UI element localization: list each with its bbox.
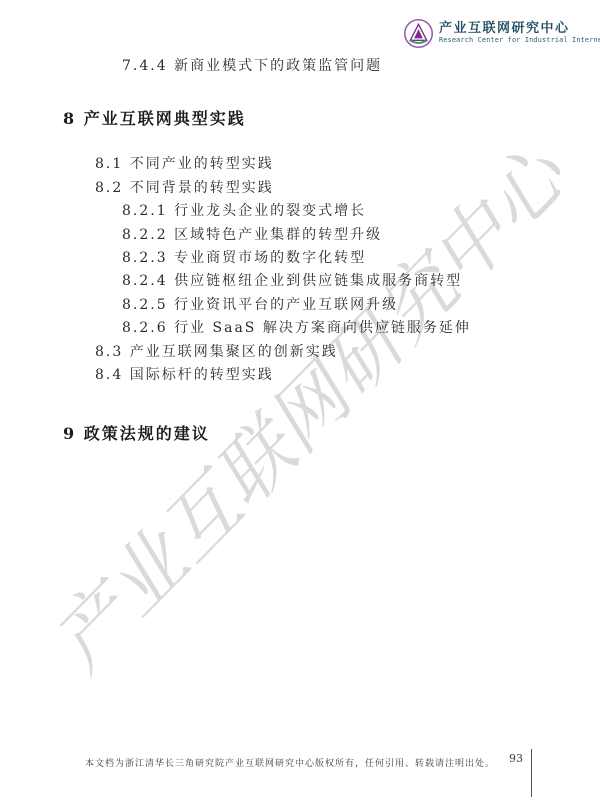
document-page: 产业互联网研究中心 产业互联网研究中心 Research Center for … — [0, 0, 600, 808]
toc-entry: 8.2.5 行业资讯平台的产业互联网升级 — [122, 296, 600, 319]
toc-entry: 8.4 国际标杆的转型实践 — [95, 366, 600, 389]
toc-entry: 8.2.6 行业 SaaS 解决方案商向供应链服务延伸 — [122, 319, 600, 342]
org-name-en: Research Center for Industrial Internet — [439, 36, 600, 45]
toc-entry: 8.1 不同产业的转型实践 — [95, 155, 600, 178]
header-logo: 产业互联网研究中心 Research Center for Industrial… — [403, 18, 600, 49]
triangle-A-logo-icon — [403, 18, 434, 49]
toc-entry: 8.2.3 专业商贸市场的数字化转型 — [122, 249, 600, 272]
footer-copyright: 本文档为浙江清华长三角研究院产业互联网研究中心版权所有，任何引用、转载请注明出处… — [0, 756, 580, 769]
section-heading: 8 产业互联网典型实践 — [63, 106, 600, 129]
page-number: 93 — [509, 752, 523, 765]
toc-entry: 8.2 不同背景的转型实践 — [95, 179, 600, 202]
toc-entry: 8.2.2 区域特色产业集群的转型升级 — [122, 226, 600, 249]
toc-entry: 8.2.4 供应链枢纽企业到供应链集成服务商转型 — [122, 272, 600, 295]
toc-entry: 8.3 产业互联网集聚区的创新实践 — [95, 343, 600, 366]
section-heading: 9 政策法规的建议 — [63, 421, 600, 444]
toc-content: 7.4.4 新商业模式下的政策监管问题 8 产业互联网典型实践 8.1 不同产业… — [0, 0, 600, 444]
toc-entry: 7.4.4 新商业模式下的政策监管问题 — [122, 57, 600, 80]
logo-text-block: 产业互联网研究中心 Research Center for Industrial… — [439, 18, 600, 45]
toc-entry: 8.2.1 行业龙头企业的裂变式增长 — [122, 202, 600, 225]
org-name-zh: 产业互联网研究中心 — [439, 21, 600, 36]
page-number-divider — [531, 749, 532, 797]
